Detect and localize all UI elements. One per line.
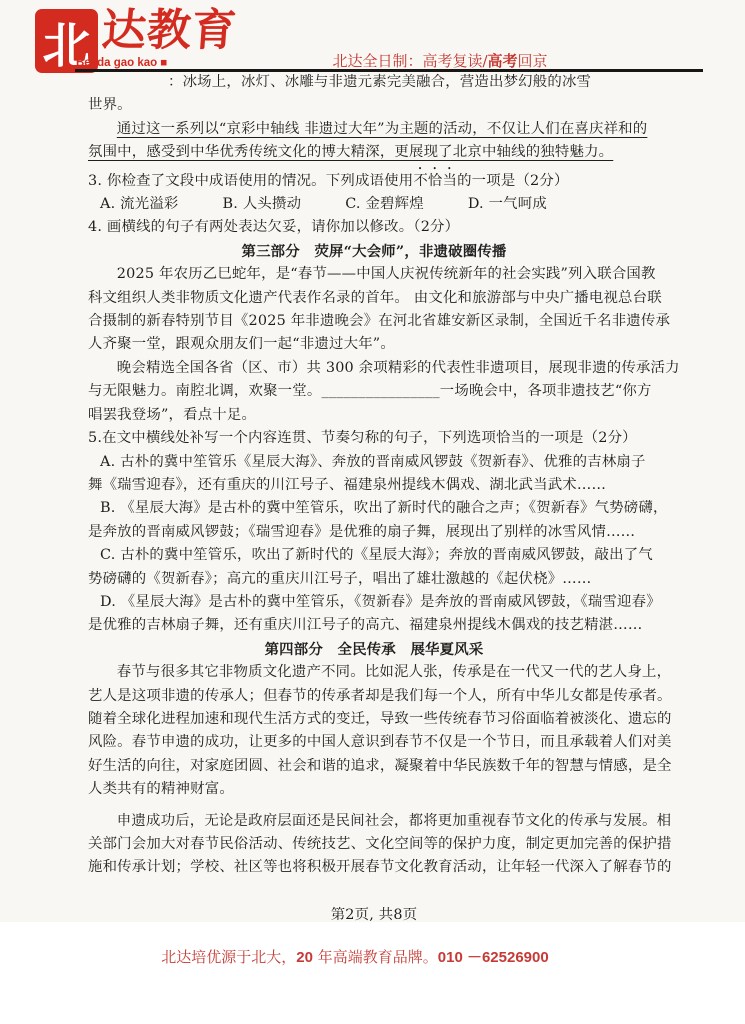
question-3-emphasized: 不恰当	[413, 173, 457, 189]
option-d: D. 一气呵成	[468, 193, 547, 216]
header-slogan-post: 回京	[518, 52, 548, 70]
question-3-post: 的一项是（2分）	[457, 173, 569, 189]
page-number: 第2页, 共8页	[88, 904, 660, 927]
scanned-exam-page: 北 达教育 Bei da gao kao ■ 北达全日制：高考复读/高考回京 ：…	[0, 0, 745, 922]
paragraph-line: 人类共有的精神财富。	[88, 778, 660, 801]
paragraph-line: 关部门会加大对春节民俗活动、传统技艺、文化空间等的保护力度，制定更加完善的保护措	[88, 833, 660, 856]
question-5: 5.在文中横线处补写一个内容连贯、节奏匀称的句子，下列选项恰当的一项是（2分）	[88, 427, 660, 450]
question-3: 3. 你检查了文段中成语使用的情况。下列成语使用不恰当的一项是（2分）	[88, 165, 660, 193]
option-a-line: 舞《瑞雪迎春》，还有重庆的川江号子、福建泉州提线木偶戏、湖北武当武术……	[88, 474, 660, 497]
paragraph-line: 春节与很多其它非物质文化遗产不同。比如泥人张，传承是在一代又一代的艺人身上，	[88, 661, 660, 684]
header-slogan: 北达全日制：高考复读/高考回京	[240, 50, 640, 71]
option-c-line: 势磅礴的《贺新春》；高亢的重庆川江号子，唱出了雄壮激越的《起伏桡》……	[88, 568, 660, 591]
beida-logo-text: 达教育	[100, 6, 238, 56]
part3-heading: 第三部分 荧屏“大会师”，非遗破圈传播	[88, 240, 660, 263]
paragraph-line: 合摄制的新春特别节目《2025 年非遗晚会》在河北省雄安新区录制，全国近千名非遗…	[88, 310, 660, 333]
underlined-sentence-line: 氛围中，感受到中华优秀传统文化的博大精深，更展现了北京中轴线的独特魅力。	[88, 141, 660, 164]
option-d-line: 是优雅的吉林扇子舞，还有重庆川江号子的高亢、福建泉州提线木偶戏的技艺精湛……	[88, 614, 660, 637]
beida-logo-subtitle: Bei da gao kao ■	[76, 57, 167, 69]
option-a-line: A. 古朴的冀中笙管乐《星辰大海》、奔放的晋南威风锣鼓《贺新春》、优雅的吉林扇子	[88, 451, 660, 474]
part4-heading: 第四部分 全民传承 展华夏风采	[88, 638, 660, 661]
question-3-pre: 3. 你检查了文段中成语使用的情况。下列成语使用	[88, 173, 413, 189]
footer-phone-number: 010 －62526900	[438, 949, 549, 966]
footer-text-pre: 北达培优源于北大，	[161, 948, 296, 966]
paragraph-line-with-blank: 与无限魅力。南腔北调，欢聚一堂。________________一场晚会中，各项…	[88, 380, 660, 403]
exam-body: ：冰场上，冰灯、冰雕与非遗元素完美融合，营造出梦幻般的冰雪 世界。 通过这一系列…	[88, 71, 660, 927]
option-d-line: D. 《星辰大海》是古朴的冀中笙管乐，《贺新春》是奔放的晋南威风锣鼓，《瑞雪迎春…	[88, 591, 660, 614]
option-b-line: 是奔放的晋南威风锣鼓；《瑞雪迎春》是优雅的扇子舞，展现出了别样的冰雪风情……	[88, 521, 660, 544]
paragraph-line: 艺人是这项非遗的传承人；但春节的传承者却是我们每一个人，所有中华儿女都是传承者。	[88, 685, 660, 708]
option-b: B. 人头攒动	[223, 193, 302, 216]
header-slogan-pre: 北达全日制：高考复读/	[332, 52, 487, 70]
header-slogan-bold: 高考	[488, 52, 518, 70]
footer-years-number: 20	[296, 949, 313, 966]
paragraph-line: ：冰场上，冰灯、冰雕与非遗元素完美融合，营造出梦幻般的冰雪	[88, 71, 660, 94]
option-c: C. 金碧辉煌	[345, 193, 424, 216]
paragraph-line: 好生活的向往，对家庭团圆、社会和谐的追求，凝聚着中华民族数千年的智慧与情感，是全	[88, 755, 660, 778]
paragraph-line: 唱罢我登场”，看点十足。	[88, 404, 660, 427]
paragraph-line: 申遗成功后，无论是政府层面还是民间社会，都将更加重视春节文化的传承与发展。相	[88, 810, 660, 833]
underlined-sentence-line: 通过这一系列以“京彩中轴线 非遗过大年”为主题的活动，不仅让人们在喜庆祥和的	[88, 118, 660, 141]
footer-text-mid: 年高端教育品牌。	[313, 948, 438, 966]
footer-brand-line: 北达培优源于北大，20 年高端教育品牌。010 －62526900	[0, 946, 710, 967]
paragraph-line: 晚会精选全国各省（区、市）共 300 余项精彩的代表性非遗项目，展现非遗的传承活…	[88, 357, 660, 380]
paragraph-line: 科文组织人类非物质文化遗产代表作名录的首年。 由文化和旅游部与中央广播电视总台联	[88, 287, 660, 310]
option-b-line: B. 《星辰大海》是古朴的冀中笙管乐，吹出了新时代的融合之声；《贺新春》气势磅礴…	[88, 497, 660, 520]
paragraph-line: 随着全球化进程加速和现代生活方式的变迁，导致一些传统春节习俗面临着被淡化、遗忘的	[88, 708, 660, 731]
question-3-options: A. 流光溢彩 B. 人头攒动 C. 金碧辉煌 D. 一气呵成	[88, 193, 660, 216]
option-a: A. 流光溢彩	[100, 193, 179, 216]
paragraph-line: 世界。	[88, 94, 660, 117]
paragraph-line: 施和传承计划；学校、社区等也将积极开展春节文化教育活动，让年轻一代深入了解春节的	[88, 856, 660, 879]
paragraph-line: 2025 年农历乙巳蛇年，是“春节——中国人庆祝传统新年的社会实践”列入联合国教	[88, 263, 660, 286]
question-4: 4. 画横线的句子有两处表达欠妥，请你加以修改。（2分）	[88, 216, 660, 239]
paragraph-line: 人齐聚一堂，跟观众朋友们一起“非遗过大年”。	[88, 333, 660, 356]
option-c-line: C. 古朴的冀中笙管乐，吹出了新时代的《星辰大海》；奔放的晋南威风锣鼓，敲出了气	[88, 544, 660, 567]
paragraph-line: 风险。春节申遗的成功，让更多的中国人意识到春节不仅是一个节日，而且承载着人们对美	[88, 731, 660, 754]
